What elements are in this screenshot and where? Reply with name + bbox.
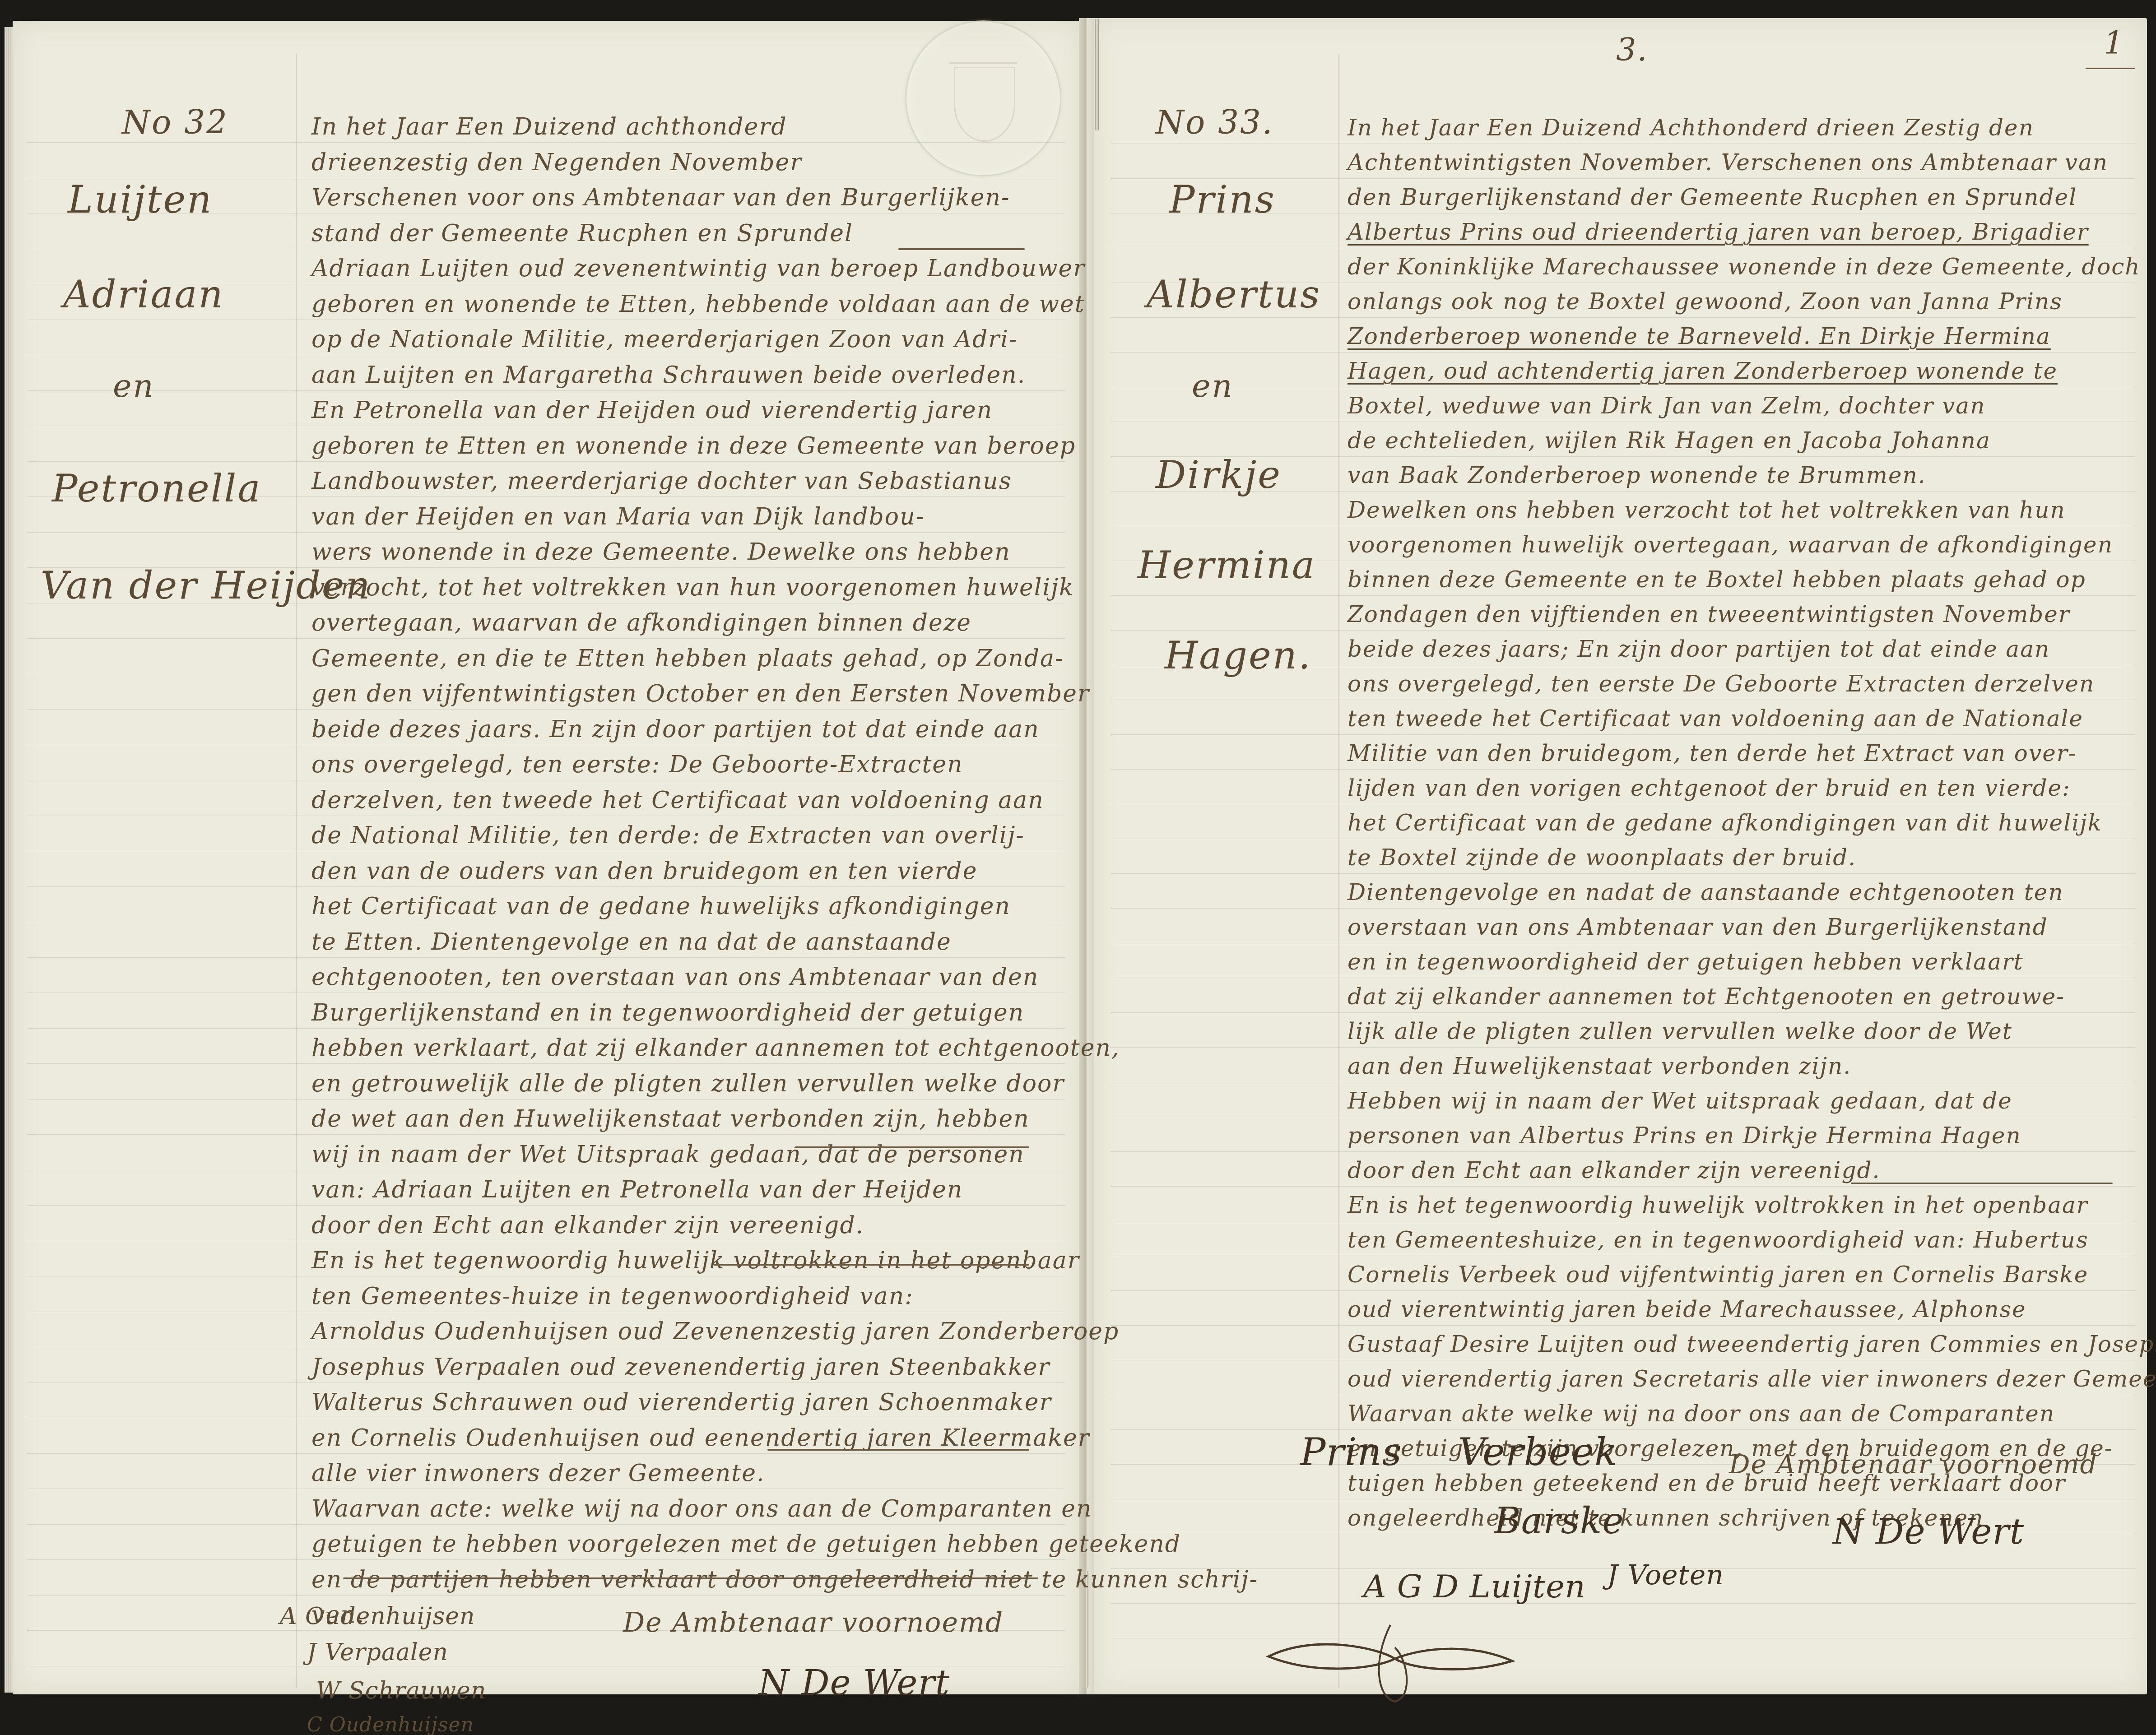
ruled-line — [27, 1063, 1065, 1064]
body-line: en in tegenwoordigheid der getuigen hebb… — [1347, 951, 2024, 973]
body-line: getuigen te hebben voorgelezen met de ge… — [311, 1532, 1181, 1556]
ruled-line — [27, 355, 1065, 355]
margin-groom-name: Albertus — [1147, 275, 1321, 313]
ruled-line — [1111, 839, 2135, 839]
body-line: beide dezes jaars; En zijn door partijen… — [1347, 638, 2050, 660]
body-line: Cornelis Verbeek oud vijfentwintig jaren… — [1347, 1263, 2088, 1286]
ruled-line — [27, 142, 1065, 143]
ruled-line — [27, 1241, 1065, 1241]
body-line: Hagen, oud achtendertig jaren Zonderbero… — [1347, 360, 2058, 382]
body-line: en de partijen hebben verklaart door ong… — [311, 1568, 1258, 1591]
ruled-line — [27, 320, 1065, 320]
body-line: wers wonende in deze Gemeente. Dewelke o… — [311, 540, 1011, 564]
ruled-line — [1111, 1047, 2135, 1048]
register-scan: No 32 Luijten Adriaan en Petronella Van … — [0, 0, 2156, 1735]
body-line: Gemeente, en die te Etten hebben plaats … — [311, 647, 1064, 670]
body-line: van Baak Zonderberoep wonende te Brummen… — [1347, 464, 1926, 487]
ruled-line — [1111, 1360, 2135, 1360]
signature-witness: Verbeek — [1458, 1433, 1618, 1471]
body-line: geboren te Etten en wonende in deze Geme… — [311, 434, 1076, 458]
ruled-line — [27, 1595, 1065, 1596]
body-line: En is het tegenwoordig huwelijk voltrokk… — [1347, 1194, 2088, 1216]
body-line: ten Gemeentes-huize in tegenwoordigheid … — [311, 1285, 914, 1308]
margin-bride-name: Petronella — [52, 469, 262, 507]
body-line: Waarvan acte: welke wij na door ons aan … — [311, 1497, 1092, 1521]
ruled-line — [1111, 1117, 2135, 1117]
body-line: Dientengevolge en nadat de aanstaande ec… — [1347, 881, 2064, 904]
ruled-line — [27, 957, 1065, 958]
ruled-line — [27, 390, 1065, 391]
ruled-line — [27, 1099, 1065, 1099]
signature-witness: A Oudenhuijsen — [280, 1605, 475, 1628]
ruled-line — [27, 922, 1065, 922]
ruled-line — [1111, 387, 2135, 387]
body-line: het Certificaat van de gedane afkondigin… — [1347, 812, 2102, 834]
ruled-line — [27, 1276, 1065, 1276]
body-line: verzocht, tot het voltrekken van hun voo… — [311, 576, 1074, 599]
ruled-line — [1111, 873, 2135, 874]
line-filler — [713, 1264, 1029, 1266]
ruled-line — [1111, 1429, 2135, 1430]
body-line: der Koninklijke Marechaussee wonende in … — [1347, 255, 2141, 278]
ruled-line — [1111, 1290, 2135, 1291]
body-line: alle vier inwoners dezer Gemeente. — [311, 1461, 765, 1485]
ruled-line — [1111, 1151, 2135, 1152]
body-line: de wet aan den Huwelijkenstaat verbonden… — [311, 1107, 1030, 1131]
ruled-line — [1111, 595, 2135, 596]
body-line: Landbouwster, meerderjarige dochter van … — [311, 469, 1012, 493]
body-line: aan Luijten en Margaretha Schrauwen beid… — [311, 363, 1026, 387]
body-line: Josephus Verpaalen oud zevenendertig jar… — [311, 1355, 1050, 1379]
body-line: van der Heijden en van Maria van Dijk la… — [311, 505, 925, 529]
line-filler — [343, 1577, 1038, 1579]
ruled-line — [1111, 422, 2135, 422]
body-line: Burgerlijkenstand en in tegenwoordigheid… — [311, 1001, 1024, 1025]
body-line: Boxtel, weduwe van Dirk Jan van Zelm, do… — [1347, 394, 1985, 417]
body-line: personen van Albertus Prins en Dirkje He… — [1347, 1124, 2021, 1147]
signature-witness: W Schrauwen — [316, 1679, 486, 1703]
ruled-line — [27, 745, 1065, 745]
body-line: In het Jaar Een Duizend Achthonderd drie… — [1347, 116, 2034, 139]
body-line: hebben verklaart, dat zij elkander aanne… — [311, 1036, 1120, 1060]
ruled-line — [1111, 908, 2135, 909]
ruled-line — [1111, 700, 2135, 700]
margin-conjunction: en — [113, 370, 155, 402]
margin-rule-left — [296, 54, 297, 1688]
ruled-line — [27, 1382, 1065, 1383]
official-title: De Ambtenaar voornoemd — [623, 1609, 1004, 1636]
binding-thread — [1095, 18, 1099, 131]
ruled-line — [1111, 1395, 2135, 1395]
ruled-line — [27, 1205, 1065, 1206]
signature-groom: Prins — [1300, 1433, 1402, 1471]
ruled-line — [27, 532, 1065, 533]
body-line: Hebben wij in naam der Wet uitspraak ged… — [1347, 1090, 2012, 1112]
ruled-line — [1111, 978, 2135, 978]
body-line: door den Echt aan elkander zijn vereenig… — [1347, 1159, 1880, 1182]
body-line: Verschenen voor ons Ambtenaar van den Bu… — [311, 186, 1010, 209]
margin-bride-middle-name: Hermina — [1138, 546, 1316, 584]
body-line: lijk alle de pligten zullen vervullen we… — [1347, 1020, 2012, 1043]
margin-bride-surname: Hagen. — [1165, 636, 1312, 674]
ruled-line — [27, 816, 1065, 816]
signature-witness: J Verpaalen — [307, 1641, 448, 1664]
body-line: oud vierentwintig jaren beide Marechauss… — [1347, 1298, 2026, 1321]
ruled-line — [27, 1524, 1065, 1525]
entry-number: No 32 — [122, 106, 228, 139]
body-line: derzelven, ten tweede het Certificaat va… — [311, 789, 1044, 812]
signature-witness: Barske — [1494, 1503, 1624, 1539]
body-line: door den Echt aan elkander zijn vereenig… — [311, 1214, 864, 1237]
ruled-line — [27, 1347, 1065, 1347]
ruled-line — [27, 674, 1065, 674]
ruled-line — [27, 461, 1065, 462]
ruled-line — [27, 1134, 1065, 1135]
ruled-line — [27, 1312, 1065, 1312]
margin-surname: Prins — [1169, 181, 1276, 218]
ruled-line — [27, 1453, 1065, 1454]
entry-number: No 33. — [1156, 106, 1274, 139]
body-line: Waarvan akte welke wij na door ons aan d… — [1347, 1402, 2055, 1425]
body-line: En Petronella van der Heijden oud vieren… — [311, 399, 993, 422]
ruled-line — [1111, 943, 2135, 943]
body-line: aan den Huwelijkenstaat verbonden zijn. — [1347, 1055, 1851, 1077]
margin-surname: Luijten — [68, 181, 213, 218]
body-line: de echtelieden, wijlen Rik Hagen en Jaco… — [1347, 429, 1991, 452]
body-line: onlangs ook nog te Boxtel gewoond, Zoon … — [1347, 290, 2063, 313]
ruled-line — [27, 1559, 1065, 1560]
body-line: den Burgerlijkenstand der Gemeente Rucph… — [1347, 186, 2077, 209]
ruled-line — [1111, 769, 2135, 770]
body-line: gen den vijfentwintigsten October en den… — [311, 682, 1090, 705]
signature-witness: A G D Luijten — [1363, 1571, 1586, 1602]
body-line: het Certificaat van de gedane huwelijks … — [311, 895, 1011, 918]
margin-groom-name: Adriaan — [63, 275, 224, 313]
body-line: Gustaaf Desire Luijten oud tweeendertig … — [1347, 1333, 2156, 1355]
body-line: Militie van den bruidegom, ten derde het… — [1347, 742, 2077, 765]
body-line: ten tweede het Certificaat van voldoenin… — [1347, 707, 2083, 730]
body-line: In het Jaar Een Duizend achthonderd — [311, 115, 787, 139]
body-line: lijden van den vorigen echtgenoot der br… — [1347, 777, 2071, 799]
crown-emblem — [949, 40, 1017, 64]
body-line: binnen deze Gemeente en te Boxtel hebben… — [1347, 568, 2086, 591]
ruled-line — [1111, 1256, 2135, 1256]
folio-underline — [2086, 68, 2135, 69]
ruled-line — [27, 709, 1065, 710]
body-line: voorgenomen huwelijk overtegaan, waarvan… — [1347, 533, 2113, 556]
ruled-line — [27, 780, 1065, 780]
folio-number: 1 — [2104, 27, 2125, 59]
body-line: en getrouwelijk alle de pligten zullen v… — [311, 1072, 1064, 1095]
line-filler — [767, 1449, 1029, 1451]
ruled-line — [1111, 144, 2135, 144]
body-line: beide dezes jaars. En zijn door partijen… — [311, 718, 1040, 741]
ruled-line — [1111, 1012, 2135, 1013]
body-line: van: Adriaan Luijten en Petronella van d… — [311, 1178, 963, 1202]
body-line: Walterus Schrauwen oud vierendertig jare… — [311, 1391, 1052, 1414]
body-line: Arnoldus Oudenhuijsen oud Zevenenzestig … — [311, 1320, 1119, 1343]
official-title: De Ambtenaar voornoemd — [1729, 1451, 2098, 1477]
line-filler — [1851, 1183, 2113, 1184]
ruled-line — [1111, 630, 2135, 631]
body-line: overstaan van ons Ambtenaar van den Burg… — [1347, 916, 2048, 938]
ruled-line — [1111, 804, 2135, 804]
body-line: Achtentwintigsten November. Verschenen o… — [1347, 151, 2108, 174]
body-line: te Boxtel zijnde de woonplaats der bruid… — [1347, 846, 1856, 869]
ruled-line — [1111, 526, 2135, 526]
body-line: Adriaan Luijten oud zevenentwintig van b… — [311, 257, 1085, 280]
body-line: Zondagen den vijftienden en tweeentwinti… — [1347, 603, 2070, 626]
ruled-line — [27, 1028, 1065, 1029]
embossed-seal — [905, 20, 1061, 176]
body-line: dat zij elkander aannemen tot Echtgenoot… — [1347, 985, 2065, 1008]
ruled-line — [27, 638, 1065, 639]
margin-bride-name: Dirkje — [1156, 456, 1282, 494]
signature-witness: J Voeten — [1607, 1562, 1724, 1589]
ruled-line — [1111, 317, 2135, 318]
body-line: ons overgelegd, ten eerste De Geboorte E… — [1347, 673, 2095, 695]
ruled-line — [27, 1418, 1065, 1418]
body-line: drieenzestig den Negenden November — [311, 151, 802, 174]
ruled-line — [1111, 1186, 2135, 1187]
body-line: den van de ouders van den bruidegom en t… — [311, 859, 977, 883]
line-filler — [898, 248, 1025, 250]
body-line: Zonderberoep wonende te Barneveld. En Di… — [1347, 325, 2051, 348]
body-line: Dewelken ons hebben verzocht tot het vol… — [1347, 499, 2066, 521]
ruled-line — [1111, 734, 2135, 735]
ruled-line — [27, 851, 1065, 851]
ruled-line — [1111, 1325, 2135, 1326]
body-line: En is het tegenwoordig huwelijk voltrokk… — [311, 1249, 1080, 1272]
ruled-line — [1111, 1221, 2135, 1221]
ruled-line — [27, 993, 1065, 993]
ruled-line — [1111, 248, 2135, 248]
body-line: oud vierendertig jaren Secretaris alle v… — [1347, 1368, 2156, 1390]
ruled-line — [27, 1170, 1065, 1170]
body-line: ons overgelegd, ten eerste: De Geboorte-… — [311, 753, 963, 776]
signature-witness: C Oudenhuijsen — [307, 1715, 474, 1735]
ruled-line — [1111, 352, 2135, 353]
body-line: en Cornelis Oudenhuijsen oud eenendertig… — [311, 1426, 1090, 1450]
body-line: Albertus Prins oud drieendertig jaren va… — [1347, 221, 2089, 243]
shield-emblem — [954, 67, 1015, 142]
ruled-line — [27, 886, 1065, 887]
ruled-line — [1111, 1499, 2135, 1499]
ruled-line — [27, 426, 1065, 426]
margin-conjunction: en — [1192, 370, 1234, 402]
signature-flourish — [1259, 1607, 1530, 1711]
body-line: geboren en wonende te Etten, hebbende vo… — [311, 292, 1085, 316]
official-signature: N De Wert — [1833, 1514, 2024, 1549]
body-line: te Etten. Dientengevolge en na dat de aa… — [311, 930, 952, 954]
body-line: ten Gemeenteshuize, en in tegenwoordighe… — [1347, 1229, 2089, 1251]
body-line: stand der Gemeente Rucphen en Sprundel — [311, 222, 853, 245]
body-line: echtgenooten, ten overstaan van ons Ambt… — [311, 965, 1039, 989]
ruled-line — [1111, 1082, 2135, 1082]
line-filler — [795, 1146, 1029, 1148]
body-line: de National Militie, ten derde: de Extra… — [311, 824, 1025, 847]
ruled-line — [27, 1489, 1065, 1489]
official-signature: N De Wert — [758, 1665, 950, 1701]
body-line: op de Nationale Militie, meerderjarigen … — [311, 328, 1018, 351]
page-number: 3. — [1616, 34, 1648, 65]
body-line: overtegaan, waarvan de afkondigingen bin… — [311, 611, 971, 635]
ruled-line — [1111, 1603, 2135, 1604]
